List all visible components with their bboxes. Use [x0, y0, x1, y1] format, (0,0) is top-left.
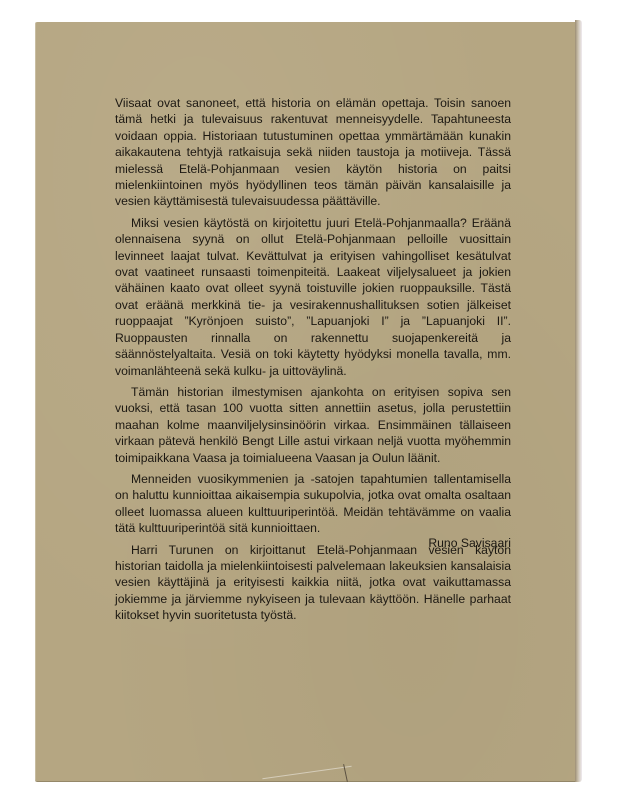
- signature: Runo Savisaari: [428, 536, 511, 550]
- paragraph-timing: Tämän historian ilmestymisen ajankohta o…: [115, 384, 511, 466]
- book-spine-edge: [575, 20, 582, 782]
- paragraph-heritage: Menneiden vuosikymmenien ja -satojen tap…: [115, 471, 511, 537]
- paragraph-thanks: Harri Turunen on kirjoittanut Etelä-Pohj…: [115, 542, 511, 624]
- paragraph-why-south-ostrobothnia: Miksi vesien käytöstä on kirjoitettu juu…: [115, 215, 511, 379]
- paragraph-intro: Viisaat ovat sanoneet, että historia on …: [115, 95, 511, 210]
